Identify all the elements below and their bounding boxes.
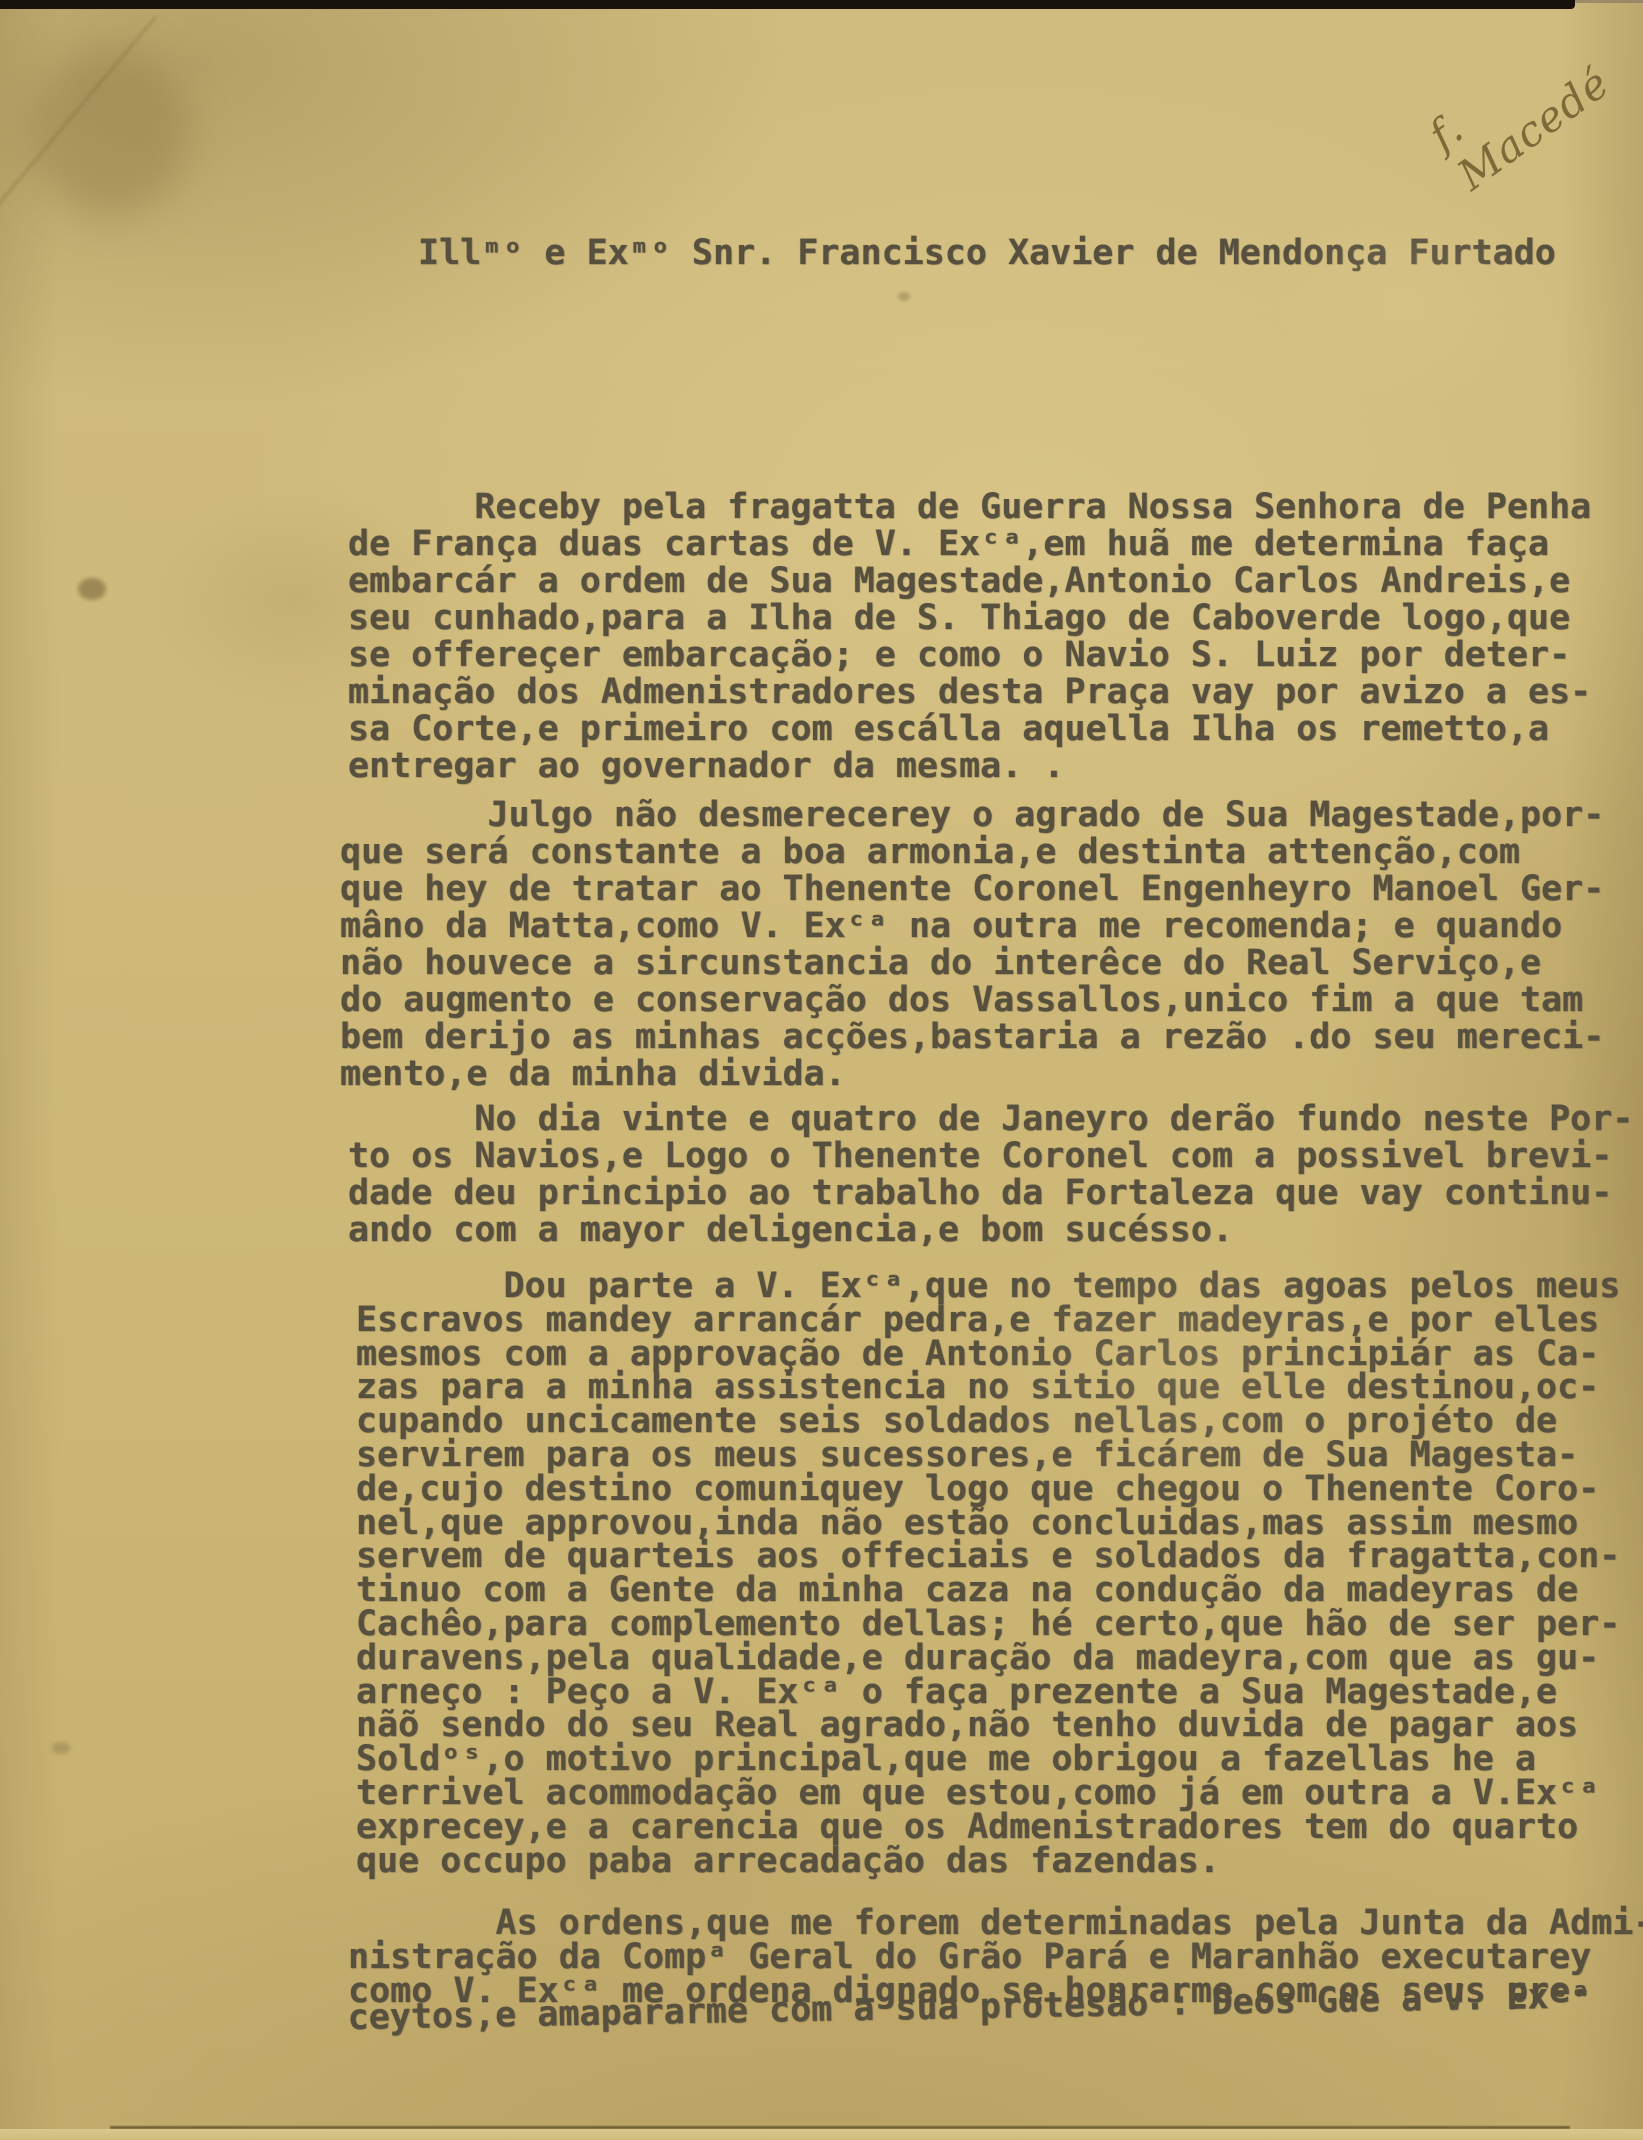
handwritten-annotation: f. Macedé — [1420, 0, 1643, 200]
paper-stain — [898, 292, 910, 301]
text-line: de,cujo destino comuniquey logo que cheg… — [356, 1473, 1620, 1507]
text-line: dade deu principio ao trabalho da Fortal… — [348, 1175, 1633, 1212]
text-line: de França duas cartas de V. Exᶜᵃ,em huã … — [348, 526, 1591, 563]
text-line: sa Corte,e primeiro com escálla aquella … — [348, 711, 1591, 748]
text-line: Dou parte a V. Exᶜᵃ,que no tempo das ago… — [356, 1270, 1620, 1304]
text-line: que hey de tratar ao Thenente Coronel En… — [340, 871, 1604, 908]
text-line: arneço : Peço a V. Exᶜᵃ o faça prezente … — [356, 1676, 1620, 1710]
text-line: tinuo com a Gente da minha caza na condu… — [356, 1574, 1620, 1608]
text-line: servem de quarteis aos offeciais e solda… — [356, 1540, 1620, 1574]
text-line: se offereçer embarcação; e como o Navio … — [348, 637, 1591, 674]
text-line: to os Navios,e Logo o Thenente Coronel c… — [348, 1138, 1633, 1175]
paper-stain — [78, 578, 106, 600]
scan-top-edge — [0, 0, 1575, 9]
text-line: mâno da Matta,como V. Exᶜᵃ na outra me r… — [340, 908, 1604, 945]
paragraph-3: No dia vinte e quatro de Janeyro derão f… — [348, 1101, 1633, 1249]
text-line: embarcár a ordem de Sua Magestade,Antoni… — [348, 563, 1591, 600]
paragraph-5: As ordens,que me forem determinadas pela… — [348, 1906, 1643, 2042]
text-line: Receby pela fragatta de Guerra Nossa Sen… — [348, 489, 1591, 526]
text-line: exprecey,e a carencia que os Admenistrad… — [356, 1811, 1620, 1845]
text-line: nel,que approvou,inda não estão concluid… — [356, 1507, 1620, 1541]
document-heading: Illᵐᵒ e Exᵐᵒ Snr. Francisco Xavier de Me… — [418, 233, 1556, 273]
text-line: minação dos Admenistradores desta Praça … — [348, 674, 1591, 711]
document-page: f. Macedé Illᵐᵒ e Exᵐᵒ Snr. Francisco Xa… — [0, 0, 1643, 2140]
text-line: do augmento e conservação dos Vassallos,… — [340, 982, 1604, 1019]
text-line: que será constante a boa armonia,e desti… — [340, 834, 1604, 871]
scan-bottom-strip — [0, 2129, 1643, 2140]
text-line: terrivel acommodação em que estou,como j… — [356, 1777, 1620, 1811]
text-line: que occupo paba arrecadação das fazendas… — [356, 1845, 1620, 1879]
text-line: cupando uncicamente seis soldados nellas… — [356, 1405, 1620, 1439]
text-line: Soldᵒˢ,o motivo principal,que me obrigou… — [356, 1743, 1620, 1777]
paragraph-4: Dou parte a V. Exᶜᵃ,que no tempo das ago… — [356, 1270, 1620, 1878]
paper-stain — [52, 1742, 70, 1754]
text-line: Escravos mandey arrancár pedra,e fazer m… — [356, 1304, 1620, 1338]
text-line: ando com a mayor deligencia,e bom sucéss… — [348, 1212, 1633, 1249]
paper-stain — [30, 48, 190, 218]
text-line: entregar ao governador da mesma. . — [348, 748, 1591, 785]
text-line: não houvece a sircunstancia do interêce … — [340, 945, 1604, 982]
paper-crease — [0, 16, 156, 209]
text-line: As ordens,que me forem determinadas pela… — [348, 1906, 1643, 1940]
text-line: duravens,pela qualidade,e duração da mad… — [356, 1642, 1620, 1676]
text-line: nistração da Compᵃ Geral do Grão Pará e … — [348, 1940, 1643, 1974]
text-line: No dia vinte e quatro de Janeyro derão f… — [348, 1101, 1633, 1138]
paragraph-1: Receby pela fragatta de Guerra Nossa Sen… — [348, 489, 1591, 785]
text-line: zas para a minha assistencia no sitio qu… — [356, 1371, 1620, 1405]
text-line: seu cunhado,para a Ilha de S. Thiago de … — [348, 600, 1591, 637]
text-line: servirem para os meus sucessores,e ficár… — [356, 1439, 1620, 1473]
text-line: Cachêo,para complemento dellas; hé certo… — [356, 1608, 1620, 1642]
text-line: nãõ sendo do seu Real agrado,não tenho d… — [356, 1709, 1620, 1743]
text-line: mento,e da minha divida. — [340, 1056, 1604, 1093]
text-line: mesmos com a approvação de Antonio Carlo… — [356, 1338, 1620, 1372]
text-line: bem derijo as minhas acções,bastaria a r… — [340, 1019, 1604, 1056]
paragraph-2: Julgo não desmerecerey o agrado de Sua M… — [340, 797, 1604, 1093]
text-line: Julgo não desmerecerey o agrado de Sua M… — [340, 797, 1604, 834]
